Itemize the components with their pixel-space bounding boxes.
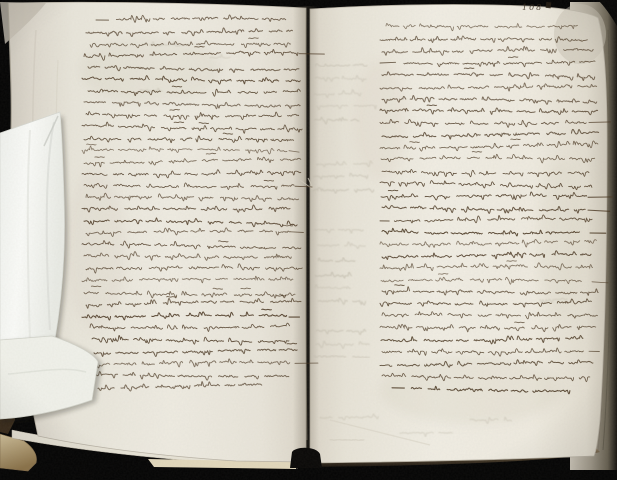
vignette <box>0 0 617 480</box>
scan-canvas: 108 <box>0 0 617 480</box>
manuscript-scan: 108 <box>0 0 617 480</box>
book-spread: 108 <box>0 0 617 480</box>
